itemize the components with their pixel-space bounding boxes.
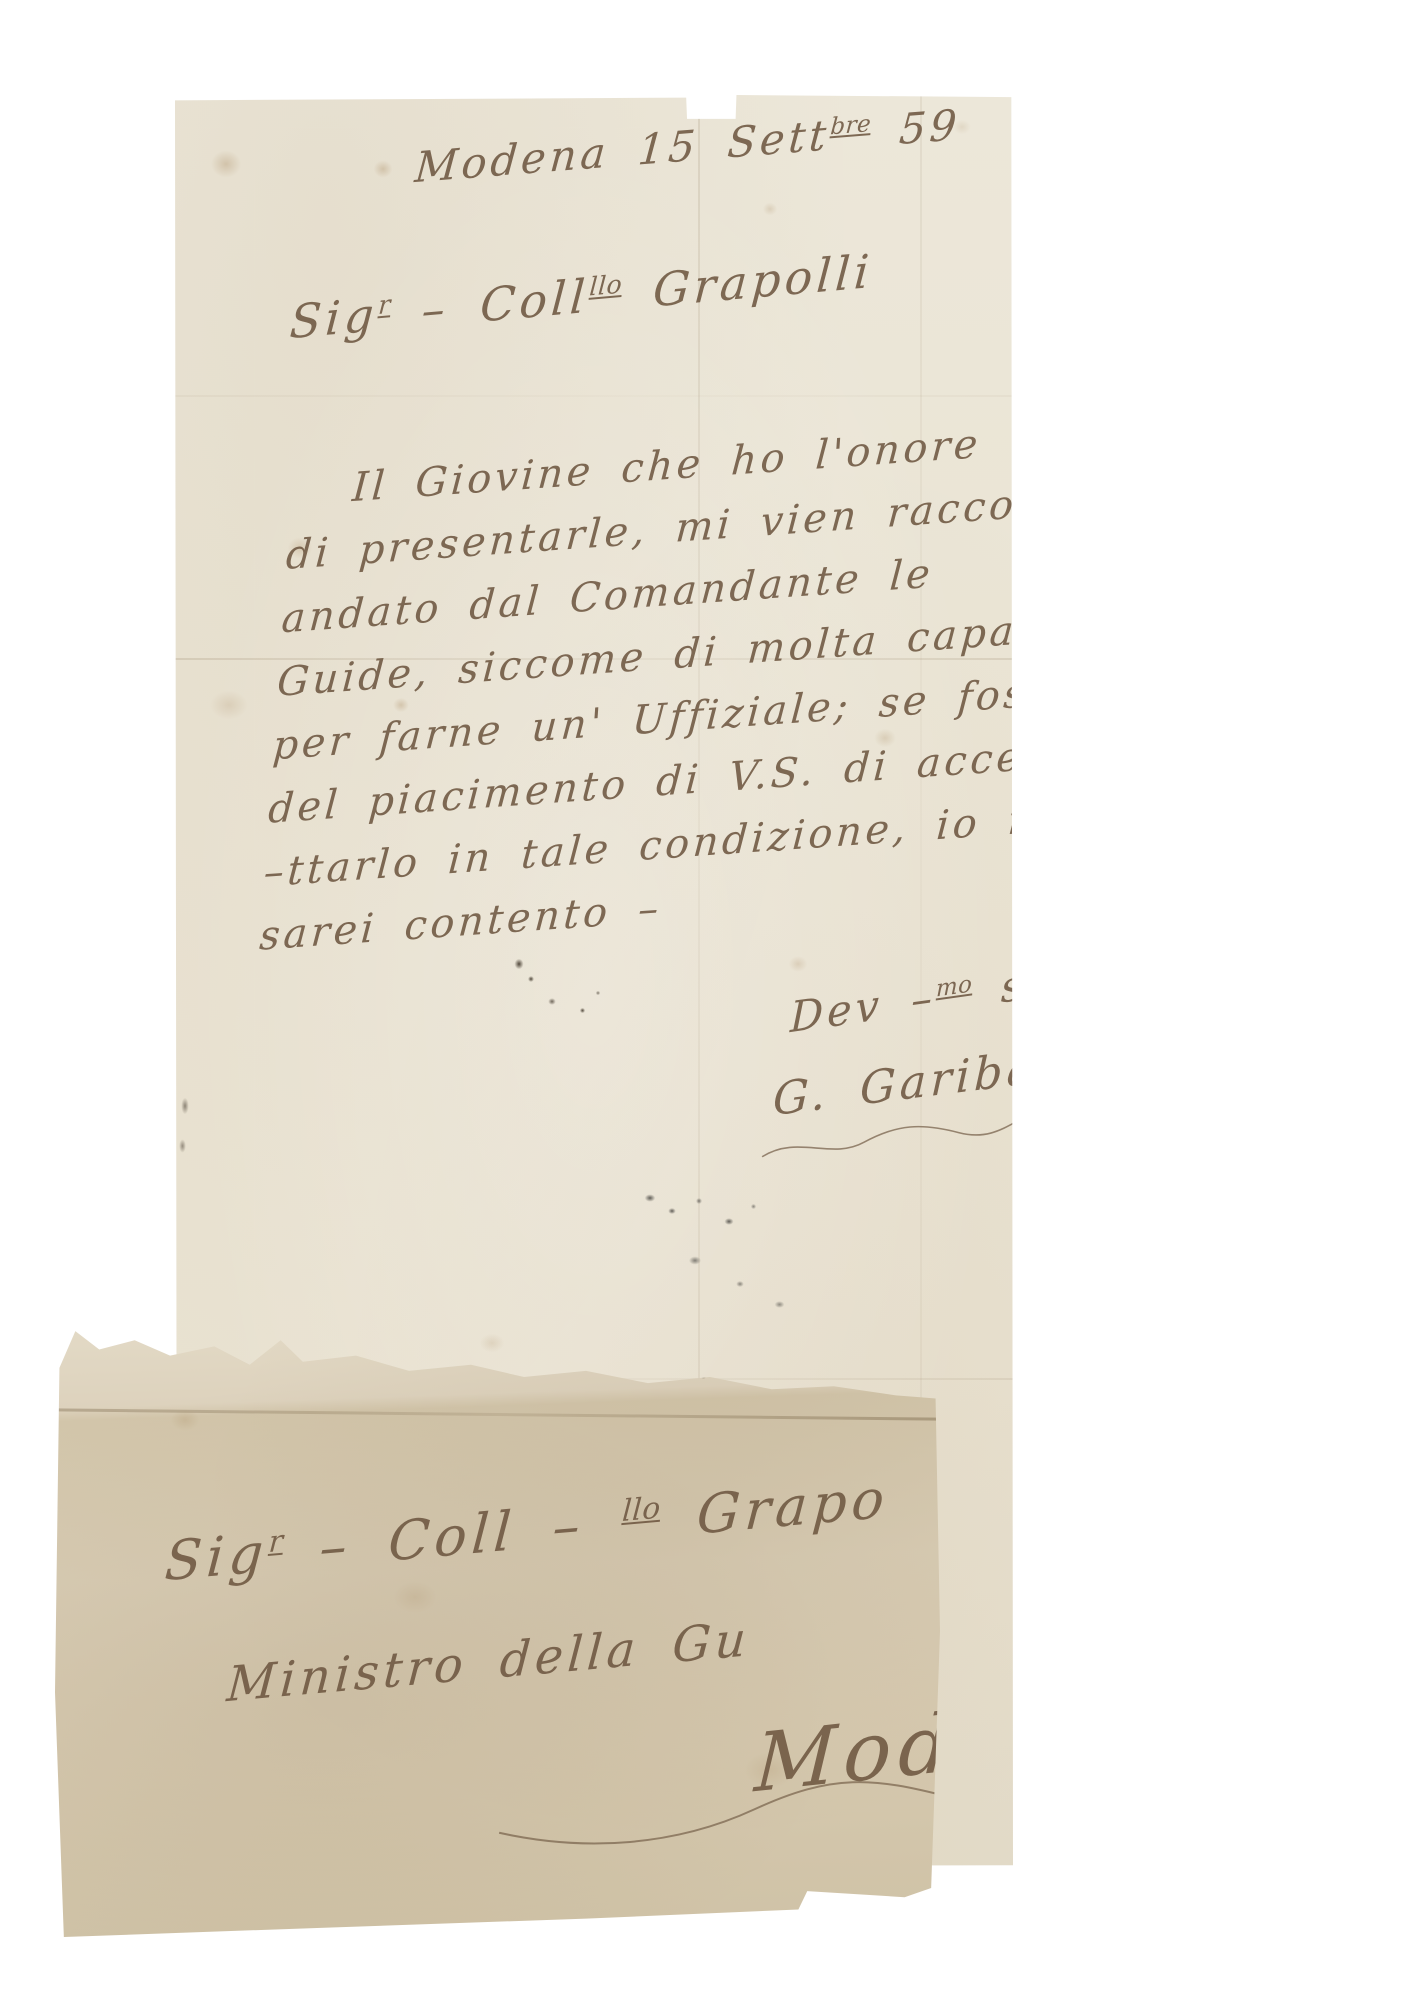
closing-part: Dev – — [790, 972, 937, 1042]
closing-superscript: mo — [936, 971, 973, 1002]
ink-smudge — [773, 1300, 786, 1309]
stain — [370, 157, 396, 181]
edge-stain — [180, 1095, 190, 1117]
ink-speck — [513, 957, 525, 971]
salutation-name: Grapolli — [620, 244, 875, 321]
ink-smudge — [667, 1207, 677, 1215]
date-main: Modena 15 Sett — [413, 110, 832, 192]
ink-smudge — [695, 1197, 703, 1205]
salutation-superscript: llo — [588, 269, 623, 301]
ink-smudge — [723, 1217, 735, 1226]
edge-stain — [178, 1137, 187, 1155]
stain — [785, 953, 811, 975]
ink-speck — [579, 1007, 586, 1014]
ink-smudge — [643, 1193, 657, 1203]
stain — [760, 200, 780, 218]
ink-smudge — [687, 1255, 703, 1266]
envelope: Sigr – Coll – llo Grapo Ministro della G… — [55, 1325, 940, 1937]
envelope-stain — [165, 1405, 205, 1435]
envelope-stain — [385, 1575, 445, 1619]
ink-smudge — [735, 1280, 745, 1288]
photo-scene: Modena 15 Settbre 59 Sigr – Collllo Grap… — [0, 0, 1418, 2000]
address-name: Grapo — [658, 1466, 891, 1550]
address-part: Sig — [163, 1521, 270, 1594]
letter-horizontal-fold-faint — [175, 395, 1013, 397]
ink-speck — [595, 990, 601, 996]
closing-part: suo — [972, 951, 1086, 1016]
signature: G. Garibaldi — [772, 1032, 1107, 1127]
letter-closing: Dev –mo suo — [790, 951, 1086, 1042]
ink-speck — [547, 997, 557, 1006]
date-year: 59 — [869, 100, 963, 157]
address-part: – Coll – — [281, 1490, 624, 1583]
salutation-part: Sig — [288, 287, 380, 349]
ink-smudge — [750, 1203, 757, 1210]
salutation-part: – Coll — [388, 269, 590, 341]
stain — [203, 685, 255, 725]
letter-salutation: Sigr – Collllo Grapolli — [288, 244, 875, 350]
ink-speck — [527, 975, 535, 983]
envelope-flourish — [493, 1771, 956, 1865]
letter-body: Il Giovine che ho l'onore di presentarle… — [257, 413, 981, 969]
address-superscript: llo — [621, 1490, 662, 1529]
letter-date-line: Modena 15 Settbre 59 — [413, 100, 962, 192]
stain — [205, 145, 247, 183]
envelope-address-line1: Sigr – Coll – llo Grapo — [163, 1466, 891, 1593]
envelope-address-line2: Ministro della Gu — [225, 1611, 752, 1713]
date-superscript: bre — [829, 111, 872, 140]
stain — [475, 1330, 509, 1356]
